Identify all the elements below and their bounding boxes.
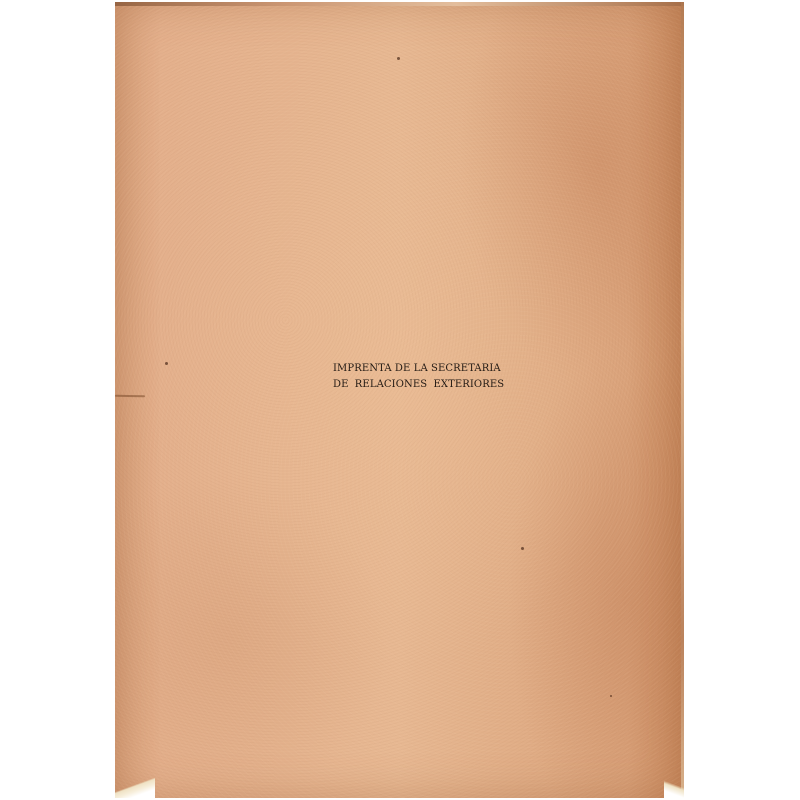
- imprint-line-1: IMPRENTA DE LA SECRETARIA: [333, 361, 508, 377]
- imprint-line-2: DE RELACIONES EXTERIORES: [333, 377, 508, 393]
- worn-top-edge: [115, 2, 684, 6]
- foxing-spot: [610, 695, 612, 697]
- left-edge-crease: [115, 395, 145, 398]
- foxing-spot: [165, 362, 168, 365]
- torn-corner-bottom-right: [664, 776, 684, 798]
- torn-corner-bottom-left: [115, 778, 155, 798]
- worn-right-edge: [681, 2, 684, 798]
- book-back-cover: IMPRENTA DE LA SECRETARIA DE RELACIONES …: [115, 2, 684, 798]
- foxing-spot: [397, 57, 400, 60]
- foxing-spot: [521, 547, 524, 550]
- printer-imprint: IMPRENTA DE LA SECRETARIA DE RELACIONES …: [333, 361, 508, 393]
- image-canvas: IMPRENTA DE LA SECRETARIA DE RELACIONES …: [0, 0, 800, 800]
